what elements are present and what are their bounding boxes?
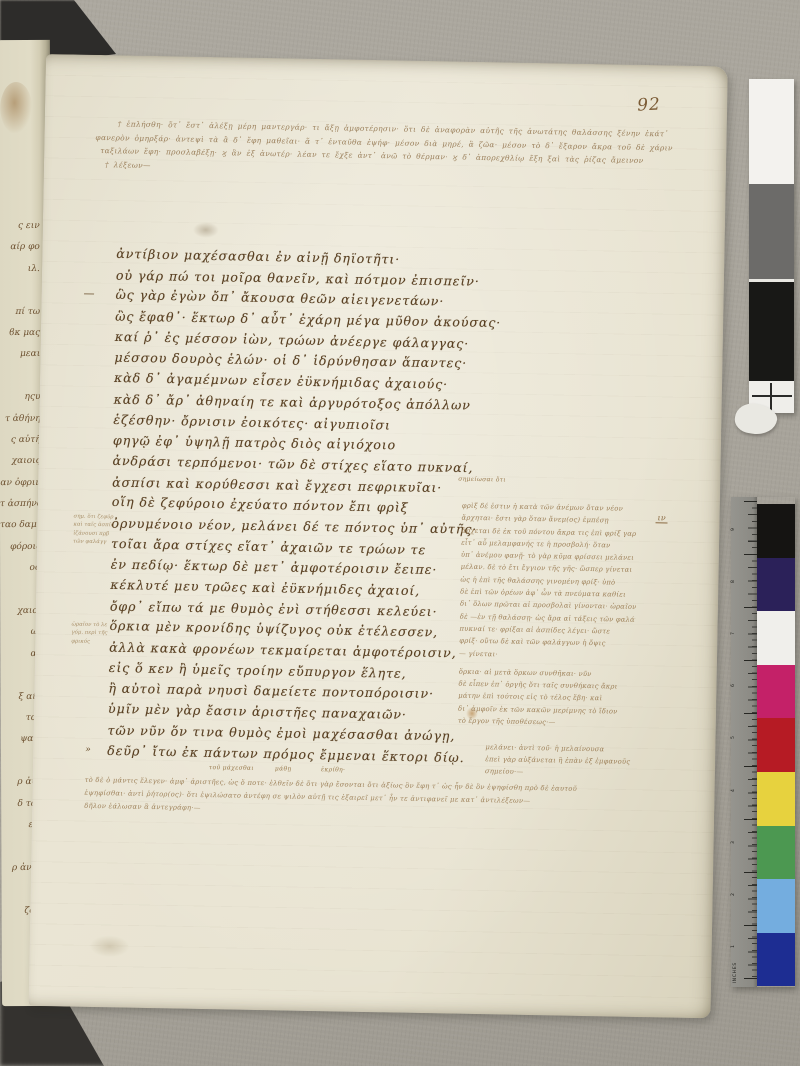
right-scholia-block-3: μελάνει· ἀντὶ τοῦ· ἡ μελαίνουσαἐπεὶ γὰρ …: [485, 741, 636, 780]
right-margin-mark: ιν: [656, 513, 668, 523]
bottom-scholia-block: τὸ δὲ ὁ μάντις ἔλεγεν· ἀμφ᾽ ἀριστῆες, ὡς…: [84, 774, 645, 824]
color-patch-column: [757, 497, 795, 987]
color-patch-dark-blue: [757, 933, 795, 987]
color-patch-green: [757, 826, 795, 880]
ruler-numbers: 987654321: [732, 503, 735, 973]
manuscript-page: 92 † ἐπλήσθη· ὅτ᾽ ἔστ᾽ ἀλέξῃ μέρη μαντερ…: [29, 54, 728, 1018]
grayscale-patch-white: [749, 79, 794, 184]
interlinear-gloss: ἐκρίθη·: [321, 766, 345, 773]
margin-note-line: φρικός: [71, 637, 111, 646]
ruler-number: 6: [731, 684, 736, 687]
color-patch-dark-violet: [757, 558, 795, 612]
grayscale-patch-black: [749, 282, 794, 381]
left-margin-note-b: ὡραῖον τὸ λεγόμ. περὶ τῆςφρικός: [71, 621, 111, 647]
grayscale-patch-mid-gray: [749, 184, 794, 279]
main-text-block: ἀντίβιον μαχέσασθαι ἐν αἰνῇ δηϊοτῆτι·οὐ …: [107, 244, 500, 768]
ruler-number: 8: [731, 580, 736, 583]
color-patch-red: [757, 718, 795, 772]
color-calibration-scale: 987654321 INCHES: [731, 497, 795, 987]
ruler-number: 9: [731, 528, 736, 531]
margin-mark-chevron: »: [85, 745, 91, 755]
ruler-number: 4: [731, 789, 736, 792]
ruler-number: 7: [731, 632, 736, 635]
header-annotation: † ἐπλήσθη· ὅτ᾽ ἔστ᾽ ἀλέξῃ μέρη μαντεργάρ…: [93, 117, 674, 182]
interlinear-gloss: σημείωσαι ὅτι: [458, 476, 506, 484]
color-patch-black: [757, 504, 795, 558]
parchment-stain: [193, 222, 219, 238]
left-margin-note-a: σημ. ὅτι ζεφύρκαὶ ταῖς ἀσπίσἰζάνουσι πρβ…: [73, 513, 114, 547]
ruler-major-ticks: [744, 501, 757, 983]
margin-note-line: τῶν φαλάγγ: [73, 538, 113, 547]
color-patch-light-blue: [757, 879, 795, 933]
interlinear-gloss: τοῦ μάχεσθαι: [209, 764, 254, 772]
ruler-number: 5: [731, 737, 736, 740]
ruler-number: 1: [731, 945, 736, 948]
grayscale-calibration-bar: [749, 79, 794, 413]
parchment-stain: [89, 935, 129, 958]
registration-cross-icon: [752, 395, 792, 397]
folio-number: 92: [637, 94, 662, 115]
ruler-unit-label: INCHES: [733, 962, 738, 983]
right-scholia-block-1: φρὶξ δέ ἐστιν ἡ κατὰ τῶν ἀνέμων ὅταν νέο…: [459, 500, 638, 663]
ruler: 987654321 INCHES: [731, 497, 757, 987]
ruler-number: 3: [731, 841, 736, 844]
margin-mark-dash: —: [84, 287, 95, 300]
color-patch-magenta: [757, 665, 795, 719]
interlinear-gloss: μάθῃ: [275, 765, 291, 772]
manuscript-photograph: ς ειναίρ φοιλ.πί τωϐκ μαςμεαιηςυτ ἀθήνης…: [0, 0, 800, 1066]
ruler-number: 2: [731, 893, 736, 896]
color-patch-yellow: [757, 772, 795, 826]
color-patch-white: [757, 611, 795, 665]
right-scholia-block-2: ὅρκια· αἱ μετὰ ὅρκων συνθῆκαι· νῦνδὲ εἶπ…: [458, 666, 635, 730]
